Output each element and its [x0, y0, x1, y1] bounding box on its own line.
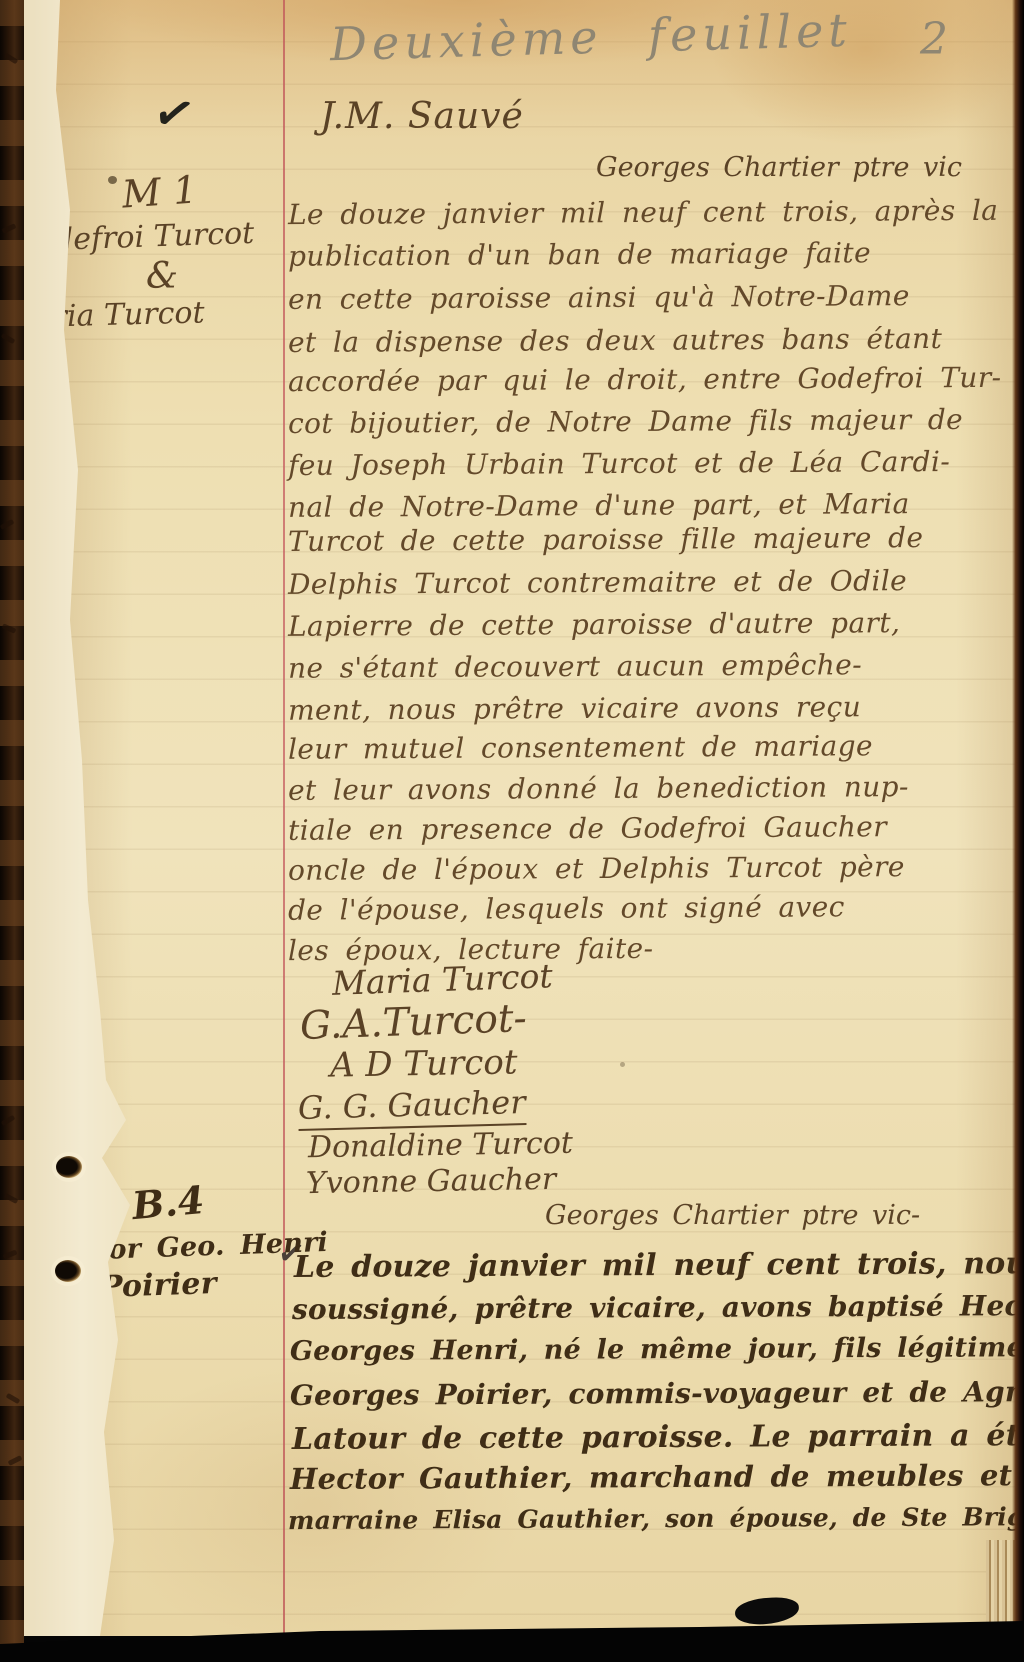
record1-body-line: et la dispense des deux autres bans étan…: [288, 322, 942, 359]
record1-margin-code: M 1: [121, 167, 199, 216]
record1-body-line: Delphis Turcot contremaitre et de Odile: [288, 564, 907, 601]
record1-celebrant-close: Georges Chartier ptre vic-: [545, 1200, 920, 1231]
record1-body-line: Lapierre de cette paroisse d'autre part,: [288, 606, 900, 643]
record1-body-line: Turcot de cette paroisse fille majeure d…: [288, 521, 924, 558]
record1-body-line: de l'épouse, lesquels ont signé avec: [288, 890, 845, 926]
book-binding-spine: [0, 0, 24, 1662]
signature-yvonne: Yvonne Gaucher: [306, 1162, 557, 1201]
binder-hole: [56, 1156, 82, 1178]
ink-speck: [108, 176, 117, 184]
signature-ad-turcot: A D Turcot: [330, 1042, 518, 1085]
record2-body-line: Hector Gauthier, marchand de meubles et …: [290, 1458, 1024, 1496]
signature-donaldine: Donaldine Turcot: [308, 1126, 573, 1166]
record1-body-line: et leur avons donné la benediction nup-: [288, 770, 909, 807]
record1-body-line: cot bijoutier, de Notre Dame fils majeur…: [288, 403, 963, 440]
record1-body-line: publication d'un ban de mariage faite: [288, 236, 871, 273]
record1-body-line: leur mutuel consentement de mariage: [288, 729, 873, 766]
record1-margin-ampersand: &: [146, 256, 178, 297]
record1-body-line: oncle de l'époux et Delphis Turcot père: [288, 850, 905, 887]
record2-body-line: Georges Henri, né le même jour, fils lég…: [290, 1332, 1024, 1367]
record2-margin-code: B.4: [130, 1177, 206, 1228]
record1-body-line: en cette paroisse ainsi qu'à Notre-Dame: [288, 279, 910, 316]
record2-body-line: Georges Poirier, commis-voyageur et de A…: [290, 1375, 1024, 1412]
binder-hole: [55, 1260, 81, 1282]
record2-body-line: marraine Elisa Gauthier, son épouse, de …: [288, 1502, 1024, 1535]
signature-groom: G.A.Turcot-: [299, 996, 527, 1049]
margin-rule-line: [283, 0, 285, 1634]
record2-margin-child-surname: Poirier: [99, 1266, 217, 1305]
record1-body-line: accordée par qui le droit, entre Godefro…: [288, 361, 1002, 398]
record1-body-line: ne s'étant decouvert aucun empêche-: [288, 648, 862, 685]
book-right-edge: [1012, 0, 1024, 1662]
page-number: 2: [920, 14, 948, 65]
officiant-note: J.M. Sauvé: [320, 96, 524, 137]
ink-speck: [620, 1062, 625, 1067]
record1-body-line: ment, nous prêtre vicaire avons reçu: [288, 690, 861, 727]
record2-body-line: Latour de cette paroisse. Le parrain a é…: [292, 1418, 1024, 1457]
signature-gaucher: G. G. Gaucher: [297, 1083, 526, 1131]
record1-celebrant: Georges Chartier ptre vic: [596, 152, 962, 183]
record1-body-line: tiale en presence de Godefroi Gaucher: [288, 810, 887, 847]
record2-body-line: Le douze janvier mil neuf cent trois, no…: [294, 1246, 1024, 1285]
record2-body-line: soussigné, prêtre vicaire, avons baptisé…: [292, 1289, 1024, 1326]
record1-body-line: feu Joseph Urbain Turcot et de Léa Cardi…: [288, 445, 950, 482]
record1-body-line: nal de Notre-Dame d'une part, et Maria: [288, 487, 910, 524]
record1-body-line: Le douze janvier mil neuf cent trois, ap…: [288, 194, 999, 231]
register-page-scan: Deuxième feuillet 2 ✓ J.M. Sauvé Georges…: [0, 0, 1024, 1662]
